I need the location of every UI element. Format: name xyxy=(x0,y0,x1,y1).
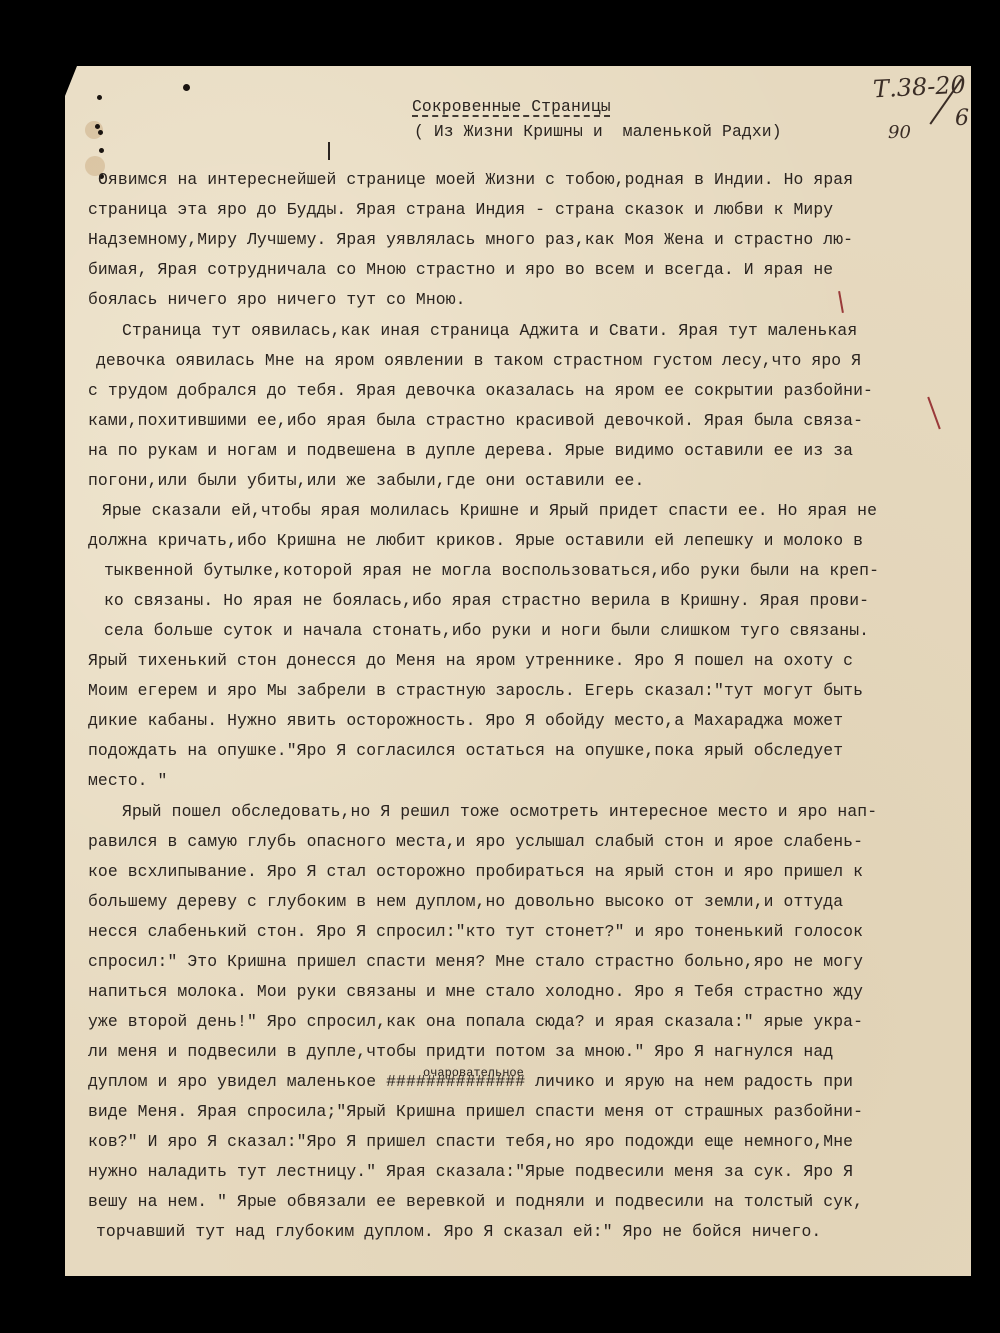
text-line: вешу на нем. " Ярые обвязали ее веревкой… xyxy=(88,1194,863,1210)
text-line: ков?" И яро Я сказал:"Яро Я пришел спаст… xyxy=(88,1134,853,1150)
text-line: села больше суток и начала стонать,ибо р… xyxy=(104,623,869,639)
text-line: погони,или были убиты,или же забыли,где … xyxy=(88,473,644,489)
text-line: виде Меня. Ярая спросила;"Ярый Кришна пр… xyxy=(88,1104,863,1120)
text-line: боялась ничего яро ничего тут со Мною. xyxy=(88,292,466,308)
text-line: ли меня и подвесили в дупле,чтобы придти… xyxy=(88,1044,833,1060)
text-line: Страница тут оявилась,как иная страница … xyxy=(122,323,857,339)
text-line: несся слабенький стон. Яро Я спросил:"кт… xyxy=(88,924,863,940)
ink-spot xyxy=(183,84,190,91)
red-pencil-mark xyxy=(838,291,844,313)
text-line: большему дереву с глубоким в нем дуплом,… xyxy=(88,894,843,910)
pencil-mark xyxy=(328,142,330,160)
text-line: должна кричать,ибо Кришна не любит крико… xyxy=(88,533,863,549)
document-page: Сокровенные Страницы ( Из Жизни Кришны и… xyxy=(65,66,971,1276)
text-line: Ярый пошел обследовать,но Я решил тоже о… xyxy=(122,804,877,820)
archive-code-annotation: Т.38-20 xyxy=(872,71,966,104)
text-line: страница эта яро до Будды. Ярая страна И… xyxy=(88,202,833,218)
ink-spot xyxy=(95,124,100,129)
text-line: Ярые сказали ей,чтобы ярая молилась Криш… xyxy=(102,503,877,519)
text-line: кое всхлипывание. Яро Я стал осторожно п… xyxy=(88,864,863,880)
text-line: Ярый тихенький стон донесся до Меня на я… xyxy=(88,653,853,669)
sheet-number-annotation: 6 xyxy=(955,106,969,131)
document-title: Сокровенные Страницы xyxy=(412,99,611,115)
text-line: ко связаны. Но ярая не боялась,ибо ярая … xyxy=(104,593,869,609)
text-line: место. " xyxy=(88,773,168,789)
text-line: торчавший тут над глубоким дуплом. Яро Я… xyxy=(96,1224,821,1240)
text-line: подождать на опушке."Яро Я согласился ос… xyxy=(88,743,843,759)
ink-spot xyxy=(99,148,104,153)
text-line: спросил:" Это Кришна пришел спасти меня?… xyxy=(88,954,863,970)
red-pencil-mark xyxy=(927,397,941,430)
document-subtitle: ( Из Жизни Кришны и маленькой Радхи) xyxy=(414,124,782,140)
text-line: равился в самую глубь опасного места,и я… xyxy=(88,834,863,850)
text-line: тыквенной бутылке,которой ярая не могла … xyxy=(104,563,879,579)
text-line: с трудом добрался до тебя. Ярая девочка … xyxy=(88,383,873,399)
text-line: на по рукам и ногам и подвешена в дупле … xyxy=(88,443,853,459)
ink-spot xyxy=(98,130,103,135)
text-line: девочка оявилась Мне на яром оявлении в … xyxy=(96,353,861,369)
overtype-correction: очаровательное xyxy=(423,1066,524,1080)
page-number-annotation: 90 xyxy=(888,122,911,143)
ink-spot xyxy=(97,95,102,100)
text-line: Оявимся на интереснейшей странице моей Ж… xyxy=(98,172,853,188)
text-line: напиться молока. Мои руки связаны и мне … xyxy=(88,984,863,1000)
text-line: Надземному,Миру Лучшему. Ярая уявлялась … xyxy=(88,232,853,248)
text-line: ками,похитившими ее,ибо ярая была страст… xyxy=(88,413,863,429)
text-line: бимая, Ярая сотрудничала со Мною страстн… xyxy=(88,262,833,278)
text-line: дикие кабаны. Нужно явить осторожность. … xyxy=(88,713,843,729)
text-line: нужно наладить тут лестницу." Ярая сказа… xyxy=(88,1164,853,1180)
text-line: Моим егерем и яро Мы забрели в страстную… xyxy=(88,683,863,699)
text-line: уже второй день!" Яро спросил,как она по… xyxy=(88,1014,863,1030)
